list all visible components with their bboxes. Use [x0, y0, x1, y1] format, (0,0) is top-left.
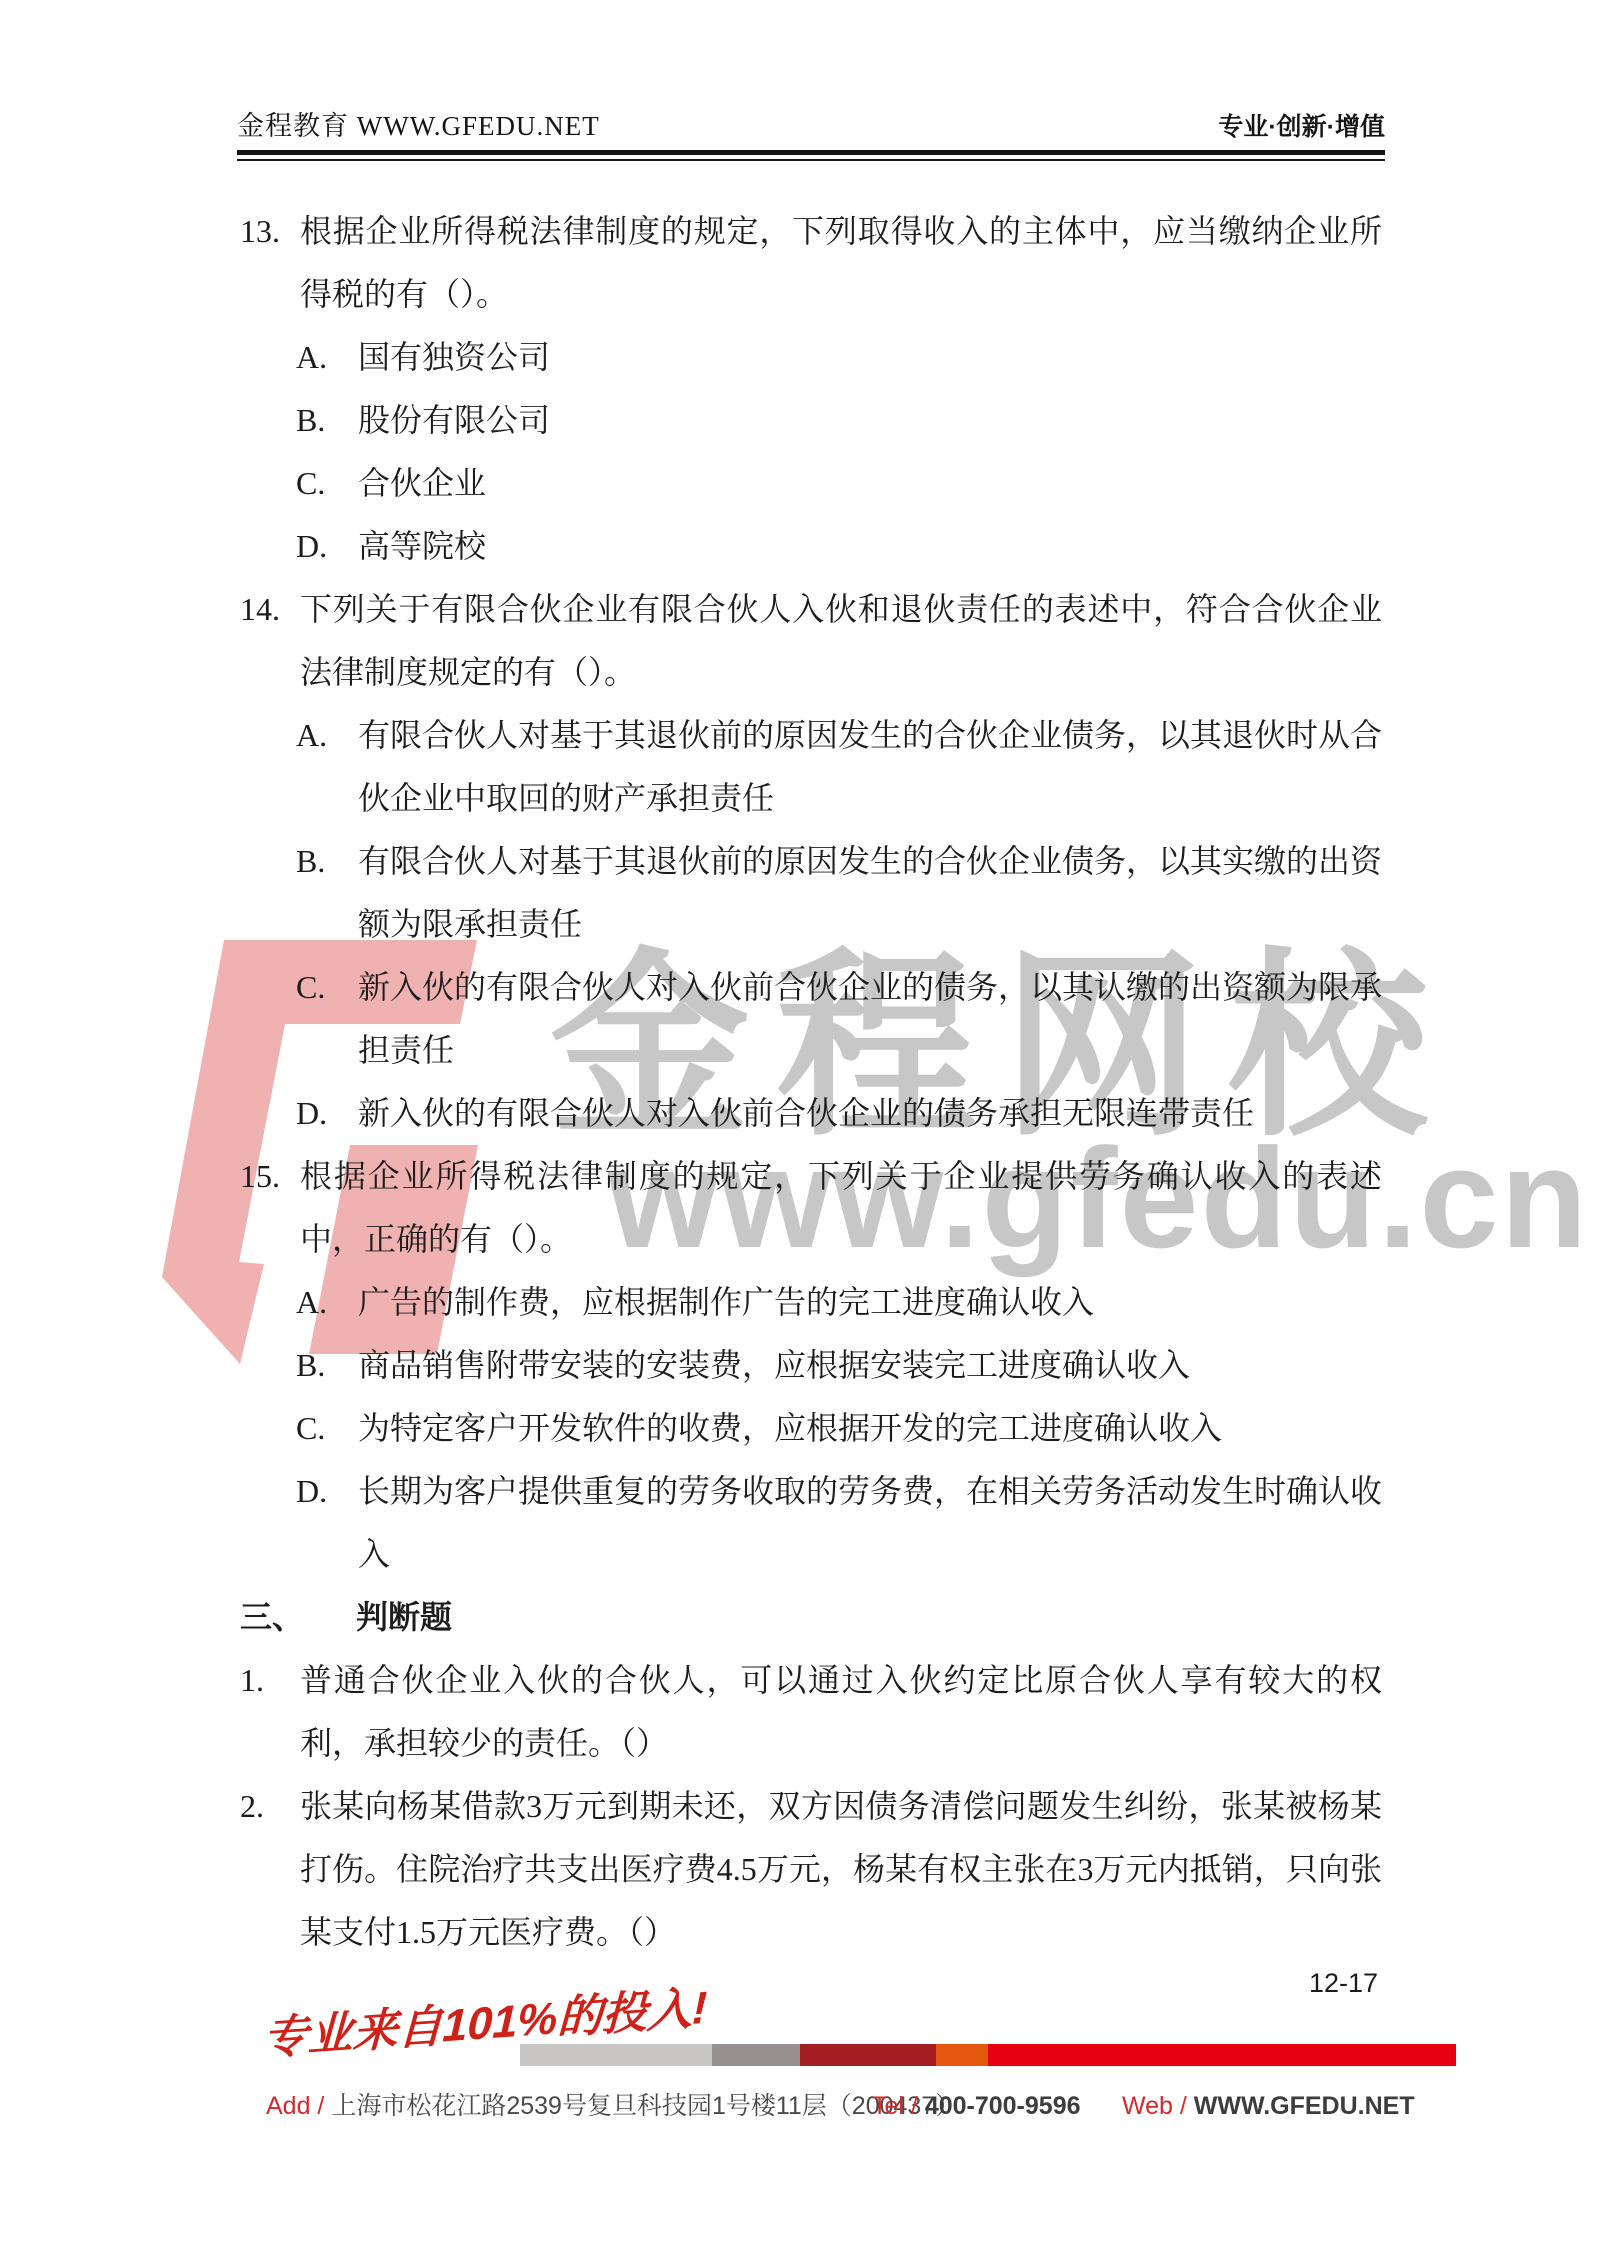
option-label: D. — [296, 1082, 358, 1145]
judge-question-2: 2. 张某向杨某借款3万元到期未还，双方因债务清偿问题发生纠纷，张某被杨某打伤。… — [240, 1775, 1382, 1964]
question-text: 根据企业所得税法律制度的规定，下列取得收入的主体中，应当缴纳企业所得税的有（）。 — [300, 200, 1382, 326]
page-number: 12-17 — [1309, 1968, 1378, 1999]
option-label: C. — [296, 956, 358, 1082]
option-text: 股份有限公司 — [358, 389, 1382, 452]
question-14-option-d: D. 新入伙的有限合伙人对入伙前合伙企业的债务承担无限连带责任 — [240, 1082, 1382, 1145]
tel-label: Tel / — [872, 2092, 918, 2120]
question-text: 根据企业所得税法律制度的规定，下列关于企业提供劳务确认收入的表述中，正确的有（）… — [300, 1145, 1382, 1271]
option-text: 有限合伙人对基于其退伙前的原因发生的合伙企业债务，以其实缴的出资额为限承担责任 — [358, 830, 1382, 956]
question-15-option-c: C. 为特定客户开发软件的收费，应根据开发的完工进度确认收入 — [240, 1397, 1382, 1460]
option-text: 长期为客户提供重复的劳务收取的劳务费，在相关劳务活动发生时确认收入 — [358, 1460, 1382, 1586]
question-13-option-d: D. 高等院校 — [240, 515, 1382, 578]
document-page: 金程网校 www.gfedu.cn 金程教育 WWW.GFEDU.NET 专业·… — [0, 0, 1600, 2263]
stripe-segment-darkred — [800, 2044, 936, 2066]
stripe-segment-orange — [936, 2044, 988, 2066]
question-13: 13. 根据企业所得税法律制度的规定，下列取得收入的主体中，应当缴纳企业所得税的… — [240, 200, 1382, 326]
question-number: 13. — [240, 200, 300, 326]
footer-stripe-bar — [520, 2044, 1456, 2066]
stripe-segment-red — [988, 2044, 1456, 2066]
header-tagline: 专业·创新·增值 — [1218, 107, 1385, 143]
option-label: A. — [296, 326, 358, 389]
option-text: 高等院校 — [358, 515, 1382, 578]
question-number: 1. — [240, 1649, 300, 1775]
document-content: 13. 根据企业所得税法律制度的规定，下列取得收入的主体中，应当缴纳企业所得税的… — [240, 200, 1382, 1964]
footer-web-group: Web / WWW.GFEDU.NET — [1122, 2088, 1415, 2124]
question-15-option-a: A. 广告的制作费，应根据制作广告的完工进度确认收入 — [240, 1271, 1382, 1334]
address-label: Add / — [266, 2092, 324, 2120]
option-label: B. — [296, 830, 358, 956]
footer-contact-bar: Add / 上海市松花江路2539号复旦科技园1号楼11层（200437） Te… — [0, 2088, 1600, 2124]
option-text: 为特定客户开发软件的收费，应根据开发的完工进度确认收入 — [358, 1397, 1382, 1460]
option-label: D. — [296, 515, 358, 578]
footer-address-group: Add / 上海市松花江路2539号复旦科技园1号楼11层（200437） — [266, 2088, 960, 2124]
header-brand: 金程教育 WWW.GFEDU.NET — [237, 104, 600, 143]
option-label: B. — [296, 1334, 358, 1397]
question-14-option-a: A. 有限合伙人对基于其退伙前的原因发生的合伙企业债务，以其退伙时从合伙企业中取… — [240, 704, 1382, 830]
question-14-option-b: B. 有限合伙人对基于其退伙前的原因发生的合伙企业债务，以其实缴的出资额为限承担… — [240, 830, 1382, 956]
option-label: D. — [296, 1460, 358, 1586]
option-label: C. — [296, 452, 358, 515]
footer-tel-group: Tel / 400-700-9596 — [872, 2088, 1081, 2124]
section-number: 三、 — [240, 1586, 356, 1649]
option-text: 广告的制作费，应根据制作广告的完工进度确认收入 — [358, 1271, 1382, 1334]
question-14: 14. 下列关于有限合伙企业有限合伙人入伙和退伙责任的表述中，符合合伙企业法律制… — [240, 578, 1382, 704]
judge-question-1: 1. 普通合伙企业入伙的合伙人，可以通过入伙约定比原合伙人享有较大的权利，承担较… — [240, 1649, 1382, 1775]
option-text: 国有独资公司 — [358, 326, 1382, 389]
option-text: 新入伙的有限合伙人对入伙前合伙企业的债务承担无限连带责任 — [358, 1082, 1382, 1145]
question-15: 15. 根据企业所得税法律制度的规定，下列关于企业提供劳务确认收入的表述中，正确… — [240, 1145, 1382, 1271]
web-value: WWW.GFEDU.NET — [1194, 2092, 1415, 2120]
question-13-option-c: C. 合伙企业 — [240, 452, 1382, 515]
question-15-option-d: D. 长期为客户提供重复的劳务收取的劳务费，在相关劳务活动发生时确认收入 — [240, 1460, 1382, 1586]
stripe-segment-gray — [712, 2044, 800, 2066]
question-number: 14. — [240, 578, 300, 704]
option-text: 商品销售附带安装的安装费，应根据安装完工进度确认收入 — [358, 1334, 1382, 1397]
question-number: 2. — [240, 1775, 300, 1964]
option-label: B. — [296, 389, 358, 452]
question-text: 张某向杨某借款3万元到期未还，双方因债务清偿问题发生纠纷，张某被杨某打伤。住院治… — [300, 1775, 1382, 1964]
tel-value: 400-700-9596 — [925, 2092, 1081, 2120]
question-text: 下列关于有限合伙企业有限合伙人入伙和退伙责任的表述中，符合合伙企业法律制度规定的… — [300, 578, 1382, 704]
option-label: A. — [296, 1271, 358, 1334]
page-header: 金程教育 WWW.GFEDU.NET 专业·创新·增值 — [237, 104, 1385, 161]
question-text: 普通合伙企业入伙的合伙人，可以通过入伙约定比原合伙人享有较大的权利，承担较少的责… — [300, 1649, 1382, 1775]
option-label: A. — [296, 704, 358, 830]
option-text: 合伙企业 — [358, 452, 1382, 515]
option-text: 新入伙的有限合伙人对入伙前合伙企业的债务，以其认缴的出资额为限承担责任 — [358, 956, 1382, 1082]
question-15-option-b: B. 商品销售附带安装的安装费，应根据安装完工进度确认收入 — [240, 1334, 1382, 1397]
question-13-option-a: A. 国有独资公司 — [240, 326, 1382, 389]
section-title: 判断题 — [356, 1586, 452, 1649]
header-divider — [237, 150, 1385, 161]
question-number: 15. — [240, 1145, 300, 1271]
stripe-segment-lightgray — [520, 2044, 712, 2066]
section-heading-judgement: 三、 判断题 — [240, 1586, 1382, 1649]
address-value: 上海市松花江路2539号复旦科技园1号楼11层（200437） — [331, 2092, 960, 2120]
question-13-option-b: B. 股份有限公司 — [240, 389, 1382, 452]
web-label: Web / — [1122, 2092, 1187, 2120]
option-label: C. — [296, 1397, 358, 1460]
question-14-option-c: C. 新入伙的有限合伙人对入伙前合伙企业的债务，以其认缴的出资额为限承担责任 — [240, 956, 1382, 1082]
option-text: 有限合伙人对基于其退伙前的原因发生的合伙企业债务，以其退伙时从合伙企业中取回的财… — [358, 704, 1382, 830]
